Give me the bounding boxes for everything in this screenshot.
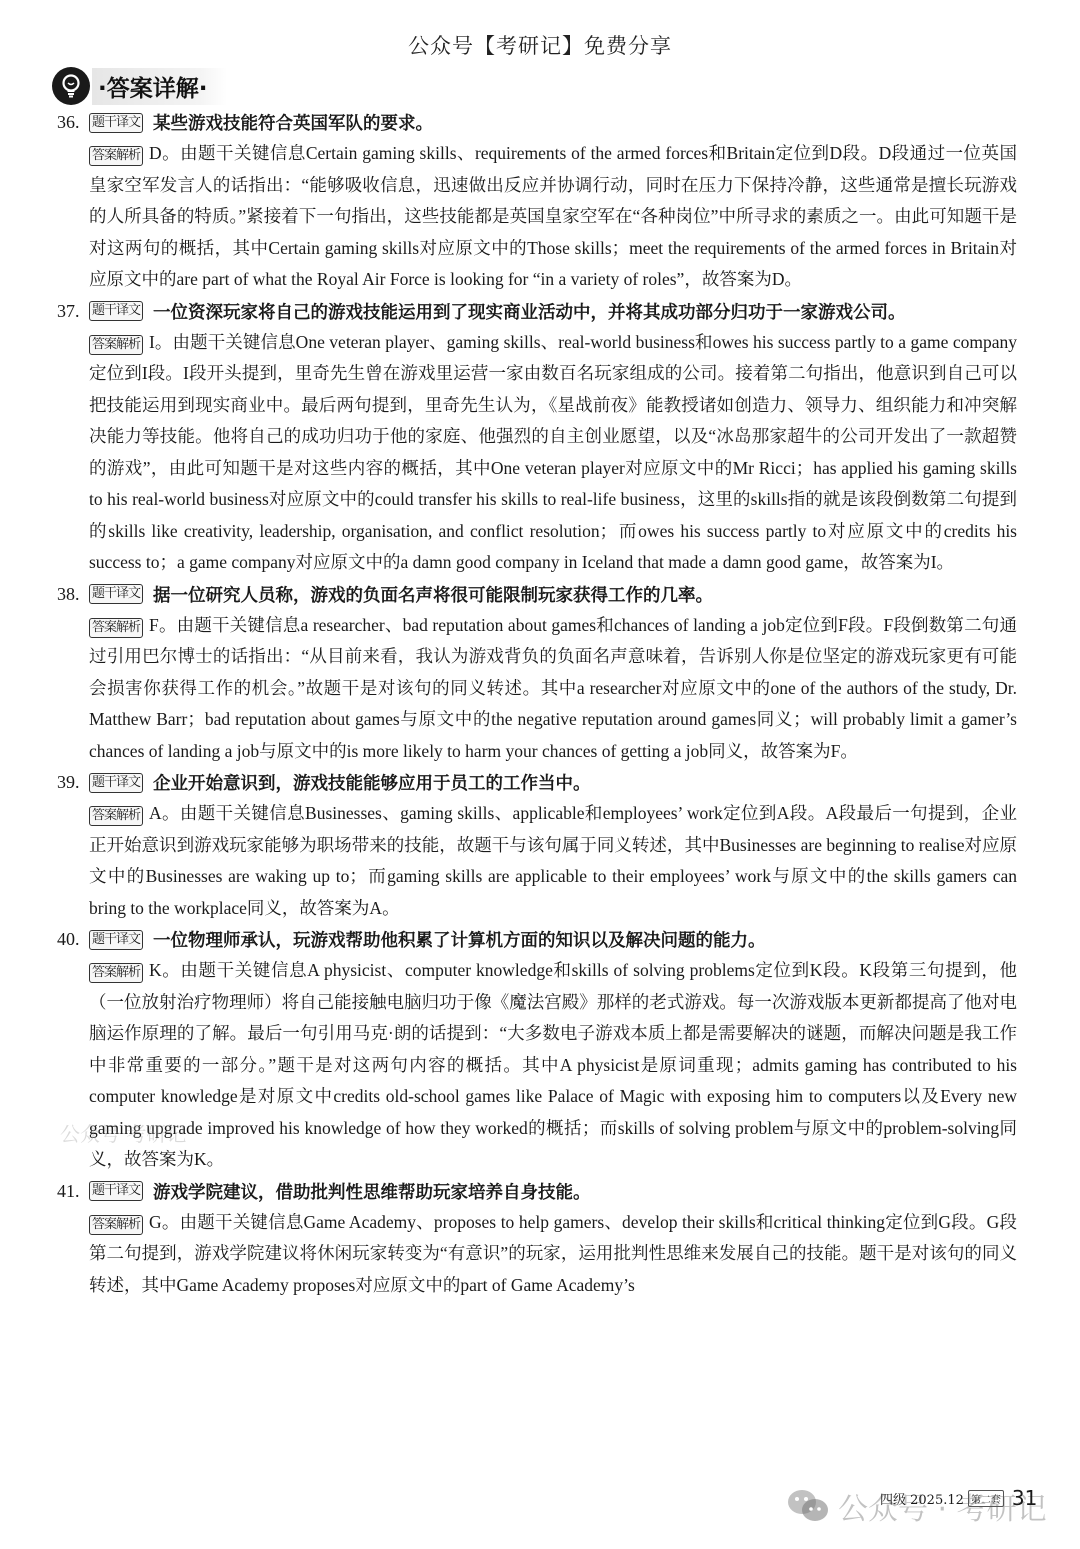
answer-analysis: D。由题干关键信息Certain gaming skills、requireme… bbox=[89, 143, 1017, 289]
question-translation: 据一位研究人员称，游戏的负面名声将很可能限制玩家获得工作的几率。 bbox=[153, 582, 713, 607]
question-number: 40. bbox=[57, 929, 89, 950]
question-item: 38. 题干译文 据一位研究人员称，游戏的负面名声将很可能限制玩家获得工作的几率… bbox=[57, 579, 1017, 768]
analysis-tag: 答案解析 bbox=[89, 1215, 143, 1235]
question-number: 38. bbox=[57, 584, 89, 605]
answer-list: 36. 题干译文 某些游戏技能符合英国军队的要求。 答案解析D。由题干关键信息C… bbox=[57, 107, 1017, 1301]
question-item: 36. 题干译文 某些游戏技能符合英国军队的要求。 答案解析D。由题干关键信息C… bbox=[57, 107, 1017, 296]
question-translation: 某些游戏技能符合英国军队的要求。 bbox=[153, 110, 433, 135]
lightbulb-icon bbox=[52, 67, 90, 105]
exam-level: 四级 2025.12 bbox=[880, 1489, 964, 1508]
question-translation: 企业开始意识到，游戏技能能够应用于员工的工作当中。 bbox=[153, 770, 591, 795]
section-title: ·答案详解· bbox=[98, 76, 207, 102]
analysis-tag: 答案解析 bbox=[89, 618, 143, 638]
answer-analysis: I。由题干关键信息One veteran player、gaming skill… bbox=[89, 332, 1017, 573]
analysis-tag: 答案解析 bbox=[89, 806, 143, 826]
translation-tag: 题干译文 bbox=[89, 930, 143, 950]
question-number: 39. bbox=[57, 772, 89, 793]
translation-tag: 题干译文 bbox=[89, 301, 143, 321]
page-number: 31 bbox=[1012, 1486, 1037, 1510]
translation-tag: 题干译文 bbox=[89, 584, 143, 604]
question-item: 39. 题干译文 企业开始意识到，游戏技能能够应用于员工的工作当中。 答案解析A… bbox=[57, 767, 1017, 924]
answer-analysis: F。由题干关键信息a researcher、bad reputation abo… bbox=[89, 615, 1017, 761]
section-header: ·答案详解· bbox=[52, 64, 227, 108]
translation-tag: 题干译文 bbox=[89, 1181, 143, 1201]
analysis-tag: 答案解析 bbox=[89, 335, 143, 355]
question-item: 41. 题干译文 游戏学院建议，借助批判性思维帮助玩家培养自身技能。 答案解析G… bbox=[57, 1176, 1017, 1302]
question-number: 41. bbox=[57, 1181, 89, 1202]
question-translation: 一位物理师承认，玩游戏帮助他积累了计算机方面的知识以及解决问题的能力。 bbox=[153, 927, 766, 952]
analysis-tag: 答案解析 bbox=[89, 963, 143, 983]
question-number: 37. bbox=[57, 301, 89, 322]
answer-analysis: K。由题干关键信息A physicist、computer knowledge和… bbox=[89, 960, 1017, 1169]
wechat-icon bbox=[786, 1487, 830, 1525]
translation-tag: 题干译文 bbox=[89, 113, 143, 133]
answer-analysis: G。由题干关键信息Game Academy、proposes to help g… bbox=[89, 1212, 1017, 1295]
analysis-tag: 答案解析 bbox=[89, 146, 143, 166]
question-item: 37. 题干译文 一位资深玩家将自己的游戏技能运用到了现实商业活动中，并将其成功… bbox=[57, 296, 1017, 579]
question-translation: 游戏学院建议，借助批判性思维帮助玩家培养自身技能。 bbox=[153, 1179, 591, 1204]
question-number: 36. bbox=[57, 112, 89, 133]
answer-analysis: A。由题干关键信息Businesses、gaming skills、applic… bbox=[89, 803, 1017, 918]
issue-tag: 第二套 bbox=[968, 1490, 1004, 1507]
translation-tag: 题干译文 bbox=[89, 773, 143, 793]
page-banner: 公众号【考研记】免费分享 bbox=[0, 30, 1080, 60]
page-footer: 四级 2025.12 第二套 31 bbox=[880, 1486, 1037, 1510]
question-translation: 一位资深玩家将自己的游戏技能运用到了现实商业活动中，并将其成功部分归功于一家游戏… bbox=[153, 299, 906, 324]
watermark-left: 公众号 考研记 bbox=[60, 1118, 186, 1147]
question-item: 40. 题干译文 一位物理师承认，玩游戏帮助他积累了计算机方面的知识以及解决问题… bbox=[57, 924, 1017, 1176]
